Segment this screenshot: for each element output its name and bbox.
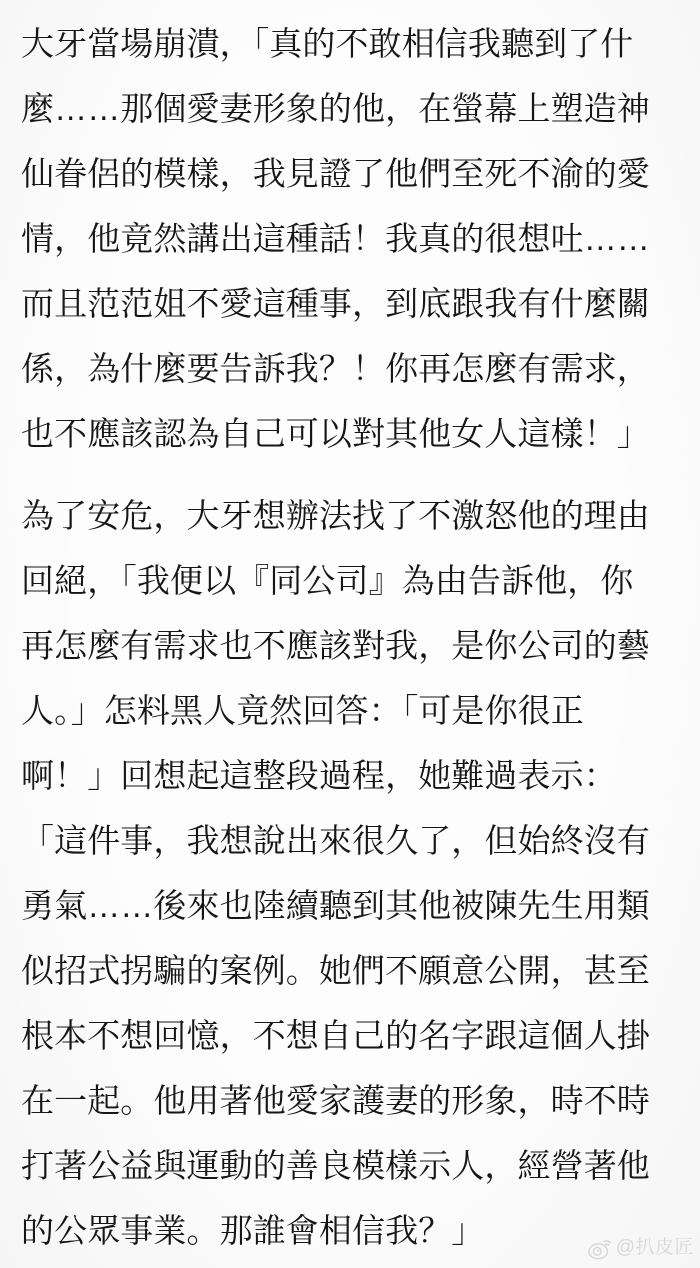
- text-line: 而且范范姐不愛這種事，到底跟我有什麼關: [21, 271, 690, 336]
- text-line: 勇氣……後來也陸續聽到其他被陳先生用類: [21, 873, 690, 938]
- text-line: 仙眷侶的模樣，我見證了他們至死不渝的愛: [21, 141, 690, 206]
- text-line: 係，為什麼要告訴我？！你再怎麼有需求，: [21, 336, 690, 401]
- paragraph: 為了安危，大牙想辦法找了不激怒他的理由回絕，「我便以『同公司』為由告訴他，你再怎…: [21, 483, 690, 1263]
- text-line: 人。」怎料黑人竟然回答：「可是你很正: [21, 678, 690, 743]
- weibo-logo-icon: [587, 1236, 613, 1260]
- text-line: 為了安危，大牙想辦法找了不激怒他的理由: [21, 483, 690, 548]
- article: 大牙當場崩潰，「真的不敢相信我聽到了什麼……那個愛妻形象的他，在螢幕上塑造神仙眷…: [21, 11, 690, 1263]
- text-line: 回絕，「我便以『同公司』為由告訴他，你: [21, 548, 690, 613]
- text-line: 再怎麼有需求也不應該對我，是你公司的藝: [21, 613, 690, 678]
- text-line: 大牙當場崩潰，「真的不敢相信我聽到了什: [21, 11, 690, 76]
- watermark-handle: @扒皮匠: [616, 1236, 694, 1260]
- article-page: 大牙當場崩潰，「真的不敢相信我聽到了什麼……那個愛妻形象的他，在螢幕上塑造神仙眷…: [0, 0, 700, 1268]
- text-line: 也不應該認為自己可以對其他女人這樣！」: [21, 401, 690, 466]
- watermark: @扒皮匠: [587, 1236, 694, 1260]
- text-line: 「這件事，我想說出來很久了，但始終沒有: [21, 808, 690, 873]
- text-line: 在一起。他用著他愛家護妻的形象，時不時: [21, 1068, 690, 1133]
- text-line: 打著公益與運動的善良模樣示人，經營著他: [21, 1133, 690, 1198]
- text-line: 根本不想回憶，不想自己的名字跟這個人掛: [21, 1003, 690, 1068]
- text-line: 情，他竟然講出這種話！我真的很想吐……: [21, 206, 690, 271]
- text-line: 似招式拐騙的案例。她們不願意公開，甚至: [21, 938, 690, 1003]
- paragraph: 大牙當場崩潰，「真的不敢相信我聽到了什麼……那個愛妻形象的他，在螢幕上塑造神仙眷…: [21, 11, 690, 466]
- text-line: 啊！」回想起這整段過程，她難過表示：: [21, 743, 690, 808]
- text-line: 麼……那個愛妻形象的他，在螢幕上塑造神: [21, 76, 690, 141]
